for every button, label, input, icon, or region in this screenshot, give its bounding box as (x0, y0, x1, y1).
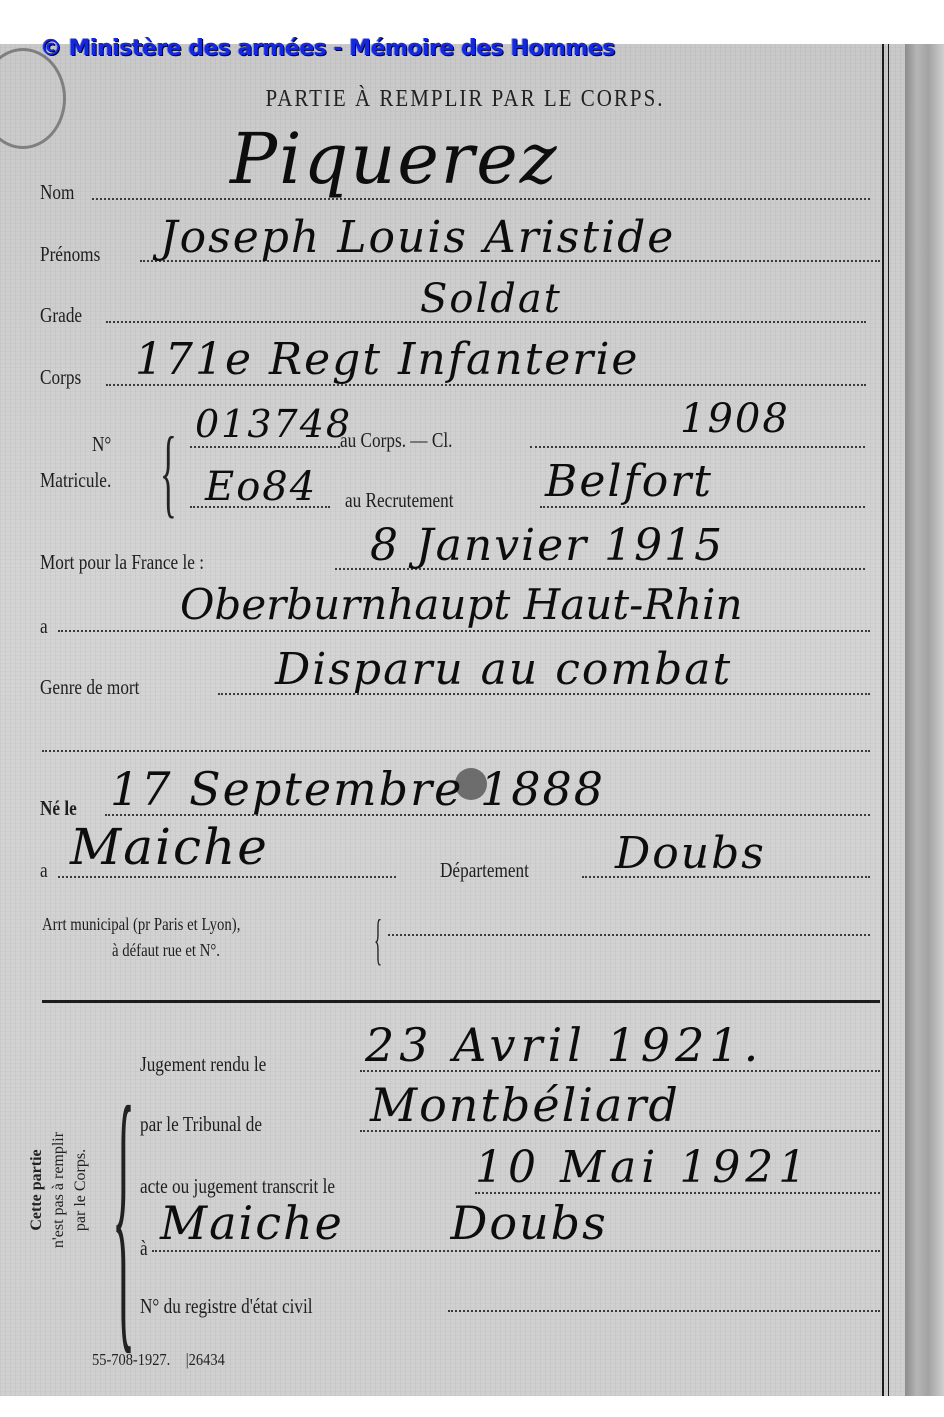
value-prenoms: Joseph Louis Aristide (160, 212, 675, 263)
label-registre: N° du registre d'état civil (140, 1294, 313, 1319)
value-recrutement-number: Eo84 (205, 464, 317, 510)
corps-number-line (190, 446, 340, 448)
print-ref-number: |26434 (186, 1350, 225, 1369)
label-corps: Corps (40, 365, 81, 390)
side-note-line1: Cette partie (26, 1090, 48, 1290)
value-mort-a: Oberburnhaupt Haut-Rhin (180, 580, 743, 629)
label-ne-a: a (40, 858, 48, 883)
label-grade: Grade (40, 303, 82, 328)
print-reference: 55-708-1927. |26434 (92, 1350, 225, 1370)
page-binding-edge (905, 44, 944, 1396)
ne-a-line (58, 876, 396, 878)
value-mort-le: 8 Janvier 1915 (370, 520, 724, 571)
value-departement: Doubs (615, 828, 766, 879)
border-line-left (882, 44, 884, 1396)
value-corps-number: 013748 (195, 402, 352, 446)
arrondissement-line (388, 934, 870, 936)
label-no: N° (92, 432, 111, 457)
label-au-recrutement: au Recrutement (345, 488, 454, 513)
recrutement-number-line (190, 506, 330, 508)
value-corps: 171e Regt Infanterie (135, 334, 639, 385)
value-classe: 1908 (680, 396, 790, 442)
matricule-brace: { (160, 414, 177, 529)
arrondissement-brace: { (374, 908, 382, 972)
value-jugement-rendu: 23 Avril 1921. (365, 1018, 763, 1072)
transcrit-a-line (152, 1250, 880, 1252)
side-note: Cette partie n'est pas à remplir par le … (26, 1090, 92, 1290)
label-arrondissement-line1: Arrt municipal (pr Paris et Lyon), (42, 914, 240, 935)
label-jugement-rendu: Jugement rendu le (140, 1052, 266, 1077)
value-transcrit-a: Maiche Doubs (160, 1196, 608, 1250)
border-line-right (888, 44, 889, 1396)
side-note-line2: n'est pas à remplir (48, 1090, 70, 1290)
registre-line (448, 1310, 880, 1312)
classe-line (530, 446, 865, 448)
label-departement: Département (440, 858, 529, 883)
print-ref-code: 55-708-1927. (92, 1350, 170, 1369)
label-nom: Nom (40, 180, 74, 205)
value-recrutement: Belfort (545, 456, 713, 507)
value-ne-le: 17 Septembre 1888 (110, 762, 605, 816)
value-tribunal: Montbéliard (370, 1078, 680, 1132)
value-grade: Soldat (420, 276, 562, 322)
mort-a-line (58, 630, 870, 632)
label-prenoms: Prénoms (40, 242, 100, 267)
label-mort-le: Mort pour la France le : (40, 550, 204, 575)
label-matricule: Matricule. (40, 468, 111, 493)
judgement-brace: { (112, 1040, 135, 1385)
side-note-line3: par le Corps. (70, 1090, 92, 1290)
label-mort-a: a (40, 614, 48, 639)
label-au-corps-classe: au Corps. — Cl. (340, 428, 452, 453)
label-tribunal: par le Tribunal de (140, 1112, 262, 1137)
value-genre-de-mort: Disparu au combat (275, 644, 732, 695)
label-transcrit-a: à (140, 1236, 148, 1261)
section-divider (42, 1000, 880, 1003)
form-title: PARTIE À REMPLIR PAR LE CORPS. (0, 84, 930, 113)
value-ne-a: Maiche (70, 818, 269, 876)
copyright-watermark: © Ministère des armées - Mémoire des Hom… (40, 36, 615, 61)
label-arrondissement-line2: à défaut rue et N°. (112, 940, 220, 961)
blank-line (42, 750, 870, 752)
value-nom: Piquerez (230, 118, 559, 200)
label-genre-de-mort: Genre de mort (40, 675, 139, 700)
value-transcrit: 10 Mai 1921 (475, 1142, 811, 1193)
